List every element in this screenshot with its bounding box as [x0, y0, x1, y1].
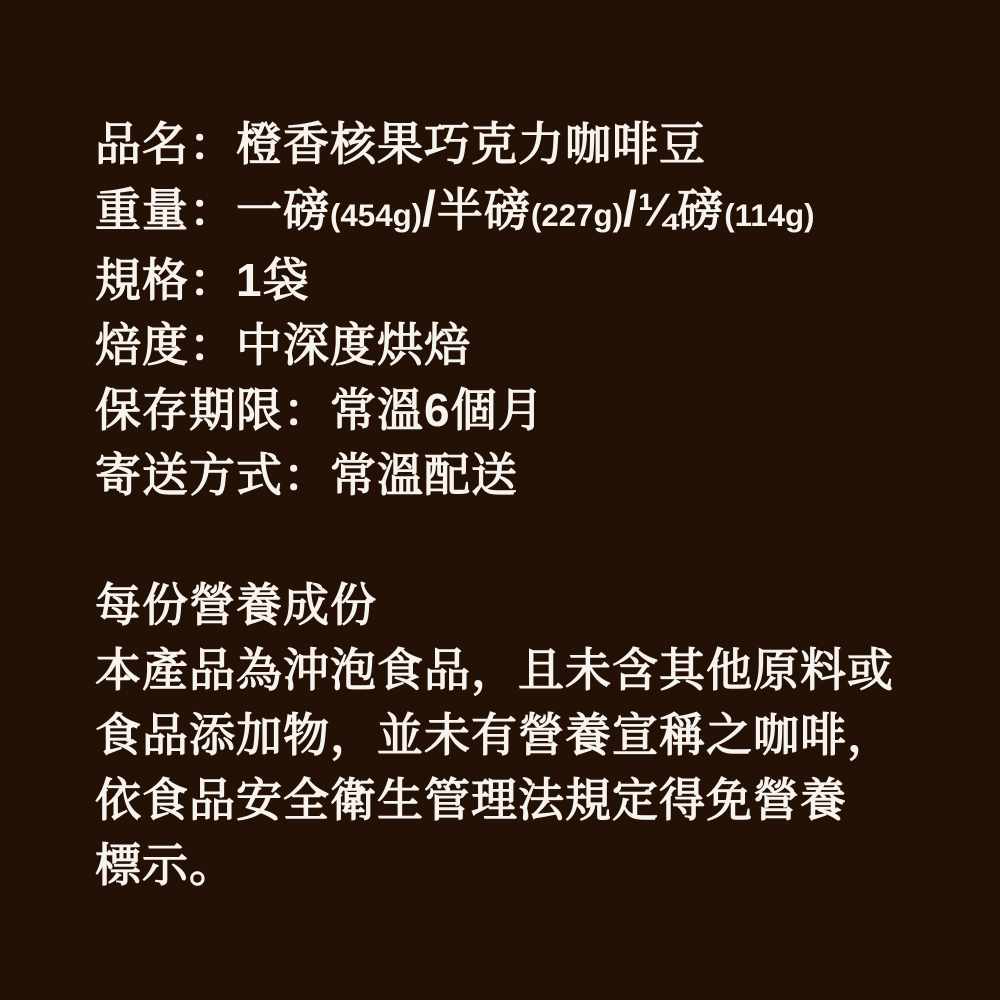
weight-option-2-amount: 半磅	[437, 184, 531, 236]
nutrition-heading: 每份營養成份	[95, 573, 940, 638]
shelf-life-value: 常溫6個月	[330, 384, 545, 436]
package-label: 規格：	[95, 254, 236, 306]
nutrition-paragraph: 本產品為沖泡食品，且未含其他原料或 食品添加物，並未有營養宣稱之咖啡， 依食品安…	[95, 638, 940, 898]
product-name-value: 橙香核果巧克力咖啡豆	[236, 118, 706, 170]
spec-row-product-name: 品名：橙香核果巧克力咖啡豆	[95, 112, 940, 177]
shipping-value: 常溫配送	[330, 449, 518, 501]
nutrition-paragraph-line: 標示。	[95, 833, 940, 898]
spec-list: 品名：橙香核果巧克力咖啡豆 重量：一磅(454g)/半磅(227g)/¼磅(11…	[95, 112, 940, 508]
spec-row-shelf-life: 保存期限：常溫6個月	[95, 378, 940, 443]
nutrition-section: 每份營養成份 本產品為沖泡食品，且未含其他原料或 食品添加物，並未有營養宣稱之咖…	[95, 573, 940, 898]
weight-separator: /	[422, 181, 437, 237]
shelf-life-label: 保存期限：	[95, 384, 330, 436]
roast-value: 中深度烘焙	[236, 319, 471, 371]
package-value: 1袋	[236, 254, 310, 306]
weight-separator: /	[623, 181, 638, 237]
product-name-label: 品名：	[95, 118, 236, 170]
spec-row-roast: 焙度：中深度烘焙	[95, 313, 940, 378]
weight-value: 一磅(454g)/半磅(227g)/¼磅(114g)	[236, 184, 815, 236]
shipping-label: 寄送方式：	[95, 449, 330, 501]
nutrition-paragraph-line: 依食品安全衛生管理法規定得免營養	[95, 768, 940, 833]
weight-label: 重量：	[95, 184, 236, 236]
nutrition-paragraph-line: 本產品為沖泡食品，且未含其他原料或	[95, 638, 940, 703]
spec-row-weight: 重量：一磅(454g)/半磅(227g)/¼磅(114g)	[95, 177, 940, 248]
weight-option-3-amount: ¼磅	[638, 184, 724, 236]
weight-option-1-grams: (454g)	[330, 198, 422, 233]
product-info-panel: 品名：橙香核果巧克力咖啡豆 重量：一磅(454g)/半磅(227g)/¼磅(11…	[0, 0, 1000, 1000]
weight-option-2-grams: (227g)	[531, 198, 623, 233]
roast-label: 焙度：	[95, 319, 236, 371]
weight-option-3-grams: (114g)	[724, 198, 814, 233]
spec-row-shipping: 寄送方式：常溫配送	[95, 443, 940, 508]
nutrition-paragraph-line: 食品添加物，並未有營養宣稱之咖啡，	[95, 703, 940, 768]
spec-row-package: 規格：1袋	[95, 248, 940, 313]
weight-option-1-amount: 一磅	[236, 184, 330, 236]
